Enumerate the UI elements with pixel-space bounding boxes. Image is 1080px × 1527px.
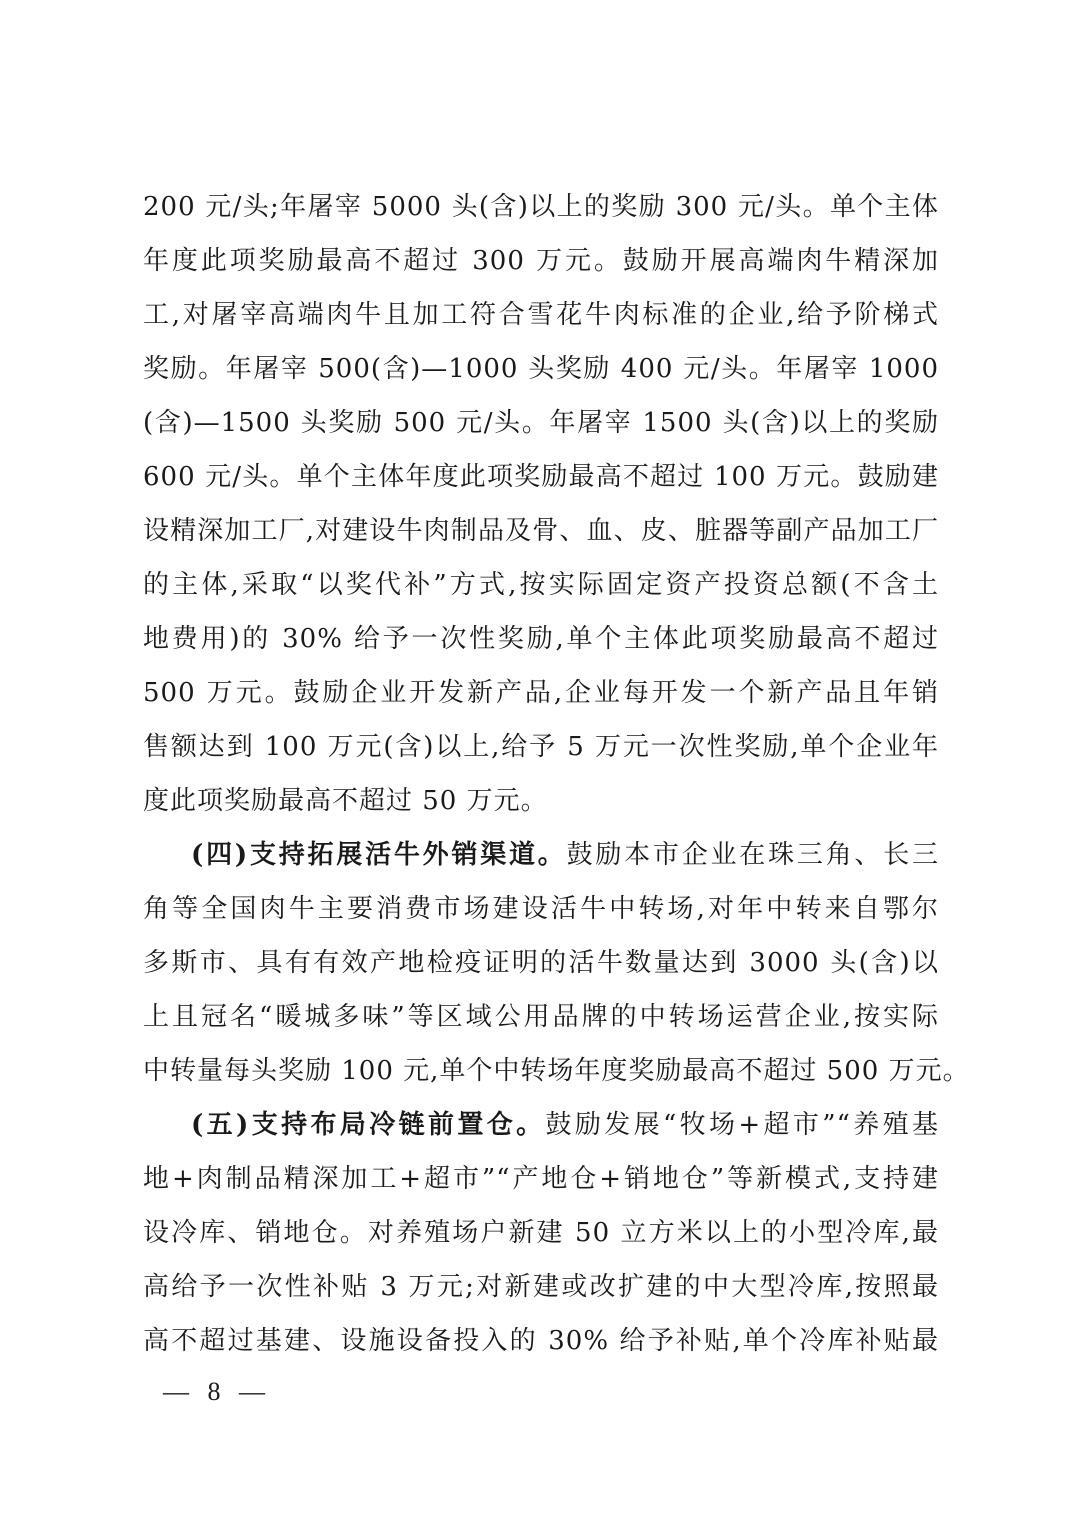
text-line: 中转量每头奖励 100 元,单个中转场年度奖励最高不超过 500 万元。 bbox=[143, 1044, 939, 1098]
section-first-line: (四)支持拓展活牛外销渠道。鼓励本市企业在珠三角、长三 bbox=[143, 828, 939, 882]
section-heading: (五)支持布局冷链前置仓。 bbox=[191, 1110, 545, 1140]
page-number: — 8 — bbox=[163, 1372, 271, 1412]
section-cold-chain-warehouse: (五)支持布局冷链前置仓。鼓励发展“牧场+超市”“养殖基 地+肉制品精深加工+超… bbox=[143, 1098, 939, 1368]
text-line: 高给予一次性补贴 3 万元;对新建或改扩建的中大型冷库,按照最 bbox=[143, 1260, 939, 1314]
section-heading: (四)支持拓展活牛外销渠道。 bbox=[191, 840, 567, 870]
text-line: 地费用)的 30% 给予一次性奖励,单个主体此项奖励最高不超过 bbox=[143, 612, 939, 666]
text-line: 上且冠名“暖城多味”等区域公用品牌的中转场运营企业,按实际 bbox=[143, 990, 939, 1044]
text-line: 600 元/头。单个主体年度此项奖励最高不超过 100 万元。鼓励建 bbox=[143, 450, 939, 504]
section-first-line: (五)支持布局冷链前置仓。鼓励发展“牧场+超市”“养殖基 bbox=[143, 1098, 939, 1152]
text-line: 地+肉制品精深加工+超市”“产地仓+销地仓”等新模式,支持建 bbox=[143, 1152, 939, 1206]
text-line: (含)—1500 头奖励 500 元/头。年屠宰 1500 头(含)以上的奖励 bbox=[143, 396, 939, 450]
text-line: 角等全国肉牛主要消费市场建设活牛中转场,对年中转来自鄂尔 bbox=[143, 882, 939, 936]
text-line: 高不超过基建、设施设备投入的 30% 给予补贴,单个冷库补贴最 bbox=[143, 1314, 939, 1368]
text-line: 售额达到 100 万元(含)以上,给予 5 万元一次性奖励,单个企业年 bbox=[143, 720, 939, 774]
text-line: 多斯市、具有有效产地检疫证明的活牛数量达到 3000 头(含)以 bbox=[143, 936, 939, 990]
text-line: 度此项奖励最高不超过 50 万元。 bbox=[143, 774, 939, 828]
document-page: 200 元/头;年屠宰 5000 头(含)以上的奖励 300 元/头。单个主体 … bbox=[143, 180, 939, 1368]
text-line: 设冷库、销地仓。对养殖场户新建 50 立方米以上的小型冷库,最 bbox=[143, 1206, 939, 1260]
section-live-cattle-sales: (四)支持拓展活牛外销渠道。鼓励本市企业在珠三角、长三 角等全国肉牛主要消费市场… bbox=[143, 828, 939, 1098]
paragraph-slaughter-rewards: 200 元/头;年屠宰 5000 头(含)以上的奖励 300 元/头。单个主体 … bbox=[143, 180, 939, 828]
text-run: 鼓励发展“牧场+超市”“养殖基 bbox=[545, 1110, 939, 1140]
text-line: 设精深加工厂,对建设牛肉制品及骨、血、皮、脏器等副产品加工厂 bbox=[143, 504, 939, 558]
text-line: 500 万元。鼓励企业开发新产品,企业每开发一个新产品且年销 bbox=[143, 666, 939, 720]
text-line: 年度此项奖励最高不超过 300 万元。鼓励开展高端肉牛精深加 bbox=[143, 234, 939, 288]
text-line: 的主体,采取“以奖代补”方式,按实际固定资产投资总额(不含土 bbox=[143, 558, 939, 612]
text-run: 鼓励本市企业在珠三角、长三 bbox=[567, 840, 939, 870]
text-line: 工,对屠宰高端肉牛且加工符合雪花牛肉标准的企业,给予阶梯式 bbox=[143, 288, 939, 342]
text-line: 奖励。年屠宰 500(含)—1000 头奖励 400 元/头。年屠宰 1000 bbox=[143, 342, 939, 396]
text-line: 200 元/头;年屠宰 5000 头(含)以上的奖励 300 元/头。单个主体 bbox=[143, 180, 939, 234]
